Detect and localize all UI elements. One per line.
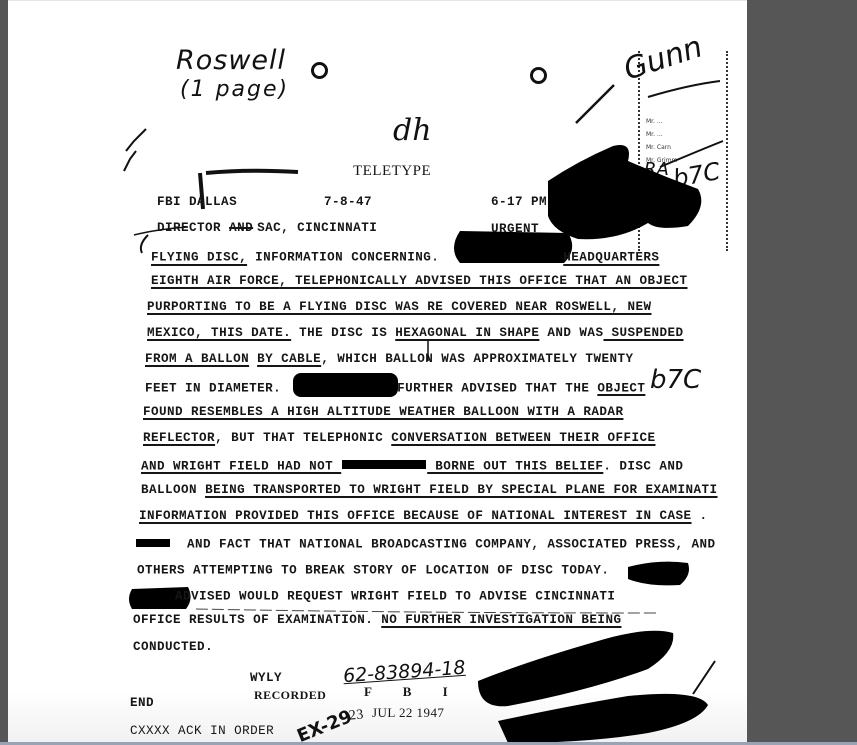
body-text: , WHICH BALLON WAS APPROXIMATELY TWENTY	[321, 352, 633, 366]
body-line: FROM A BALLON BY CABLE, WHICH BALLON WAS…	[145, 352, 633, 366]
body-text: AND FACT THAT NATIONAL BROADCASTING COMP…	[179, 538, 716, 552]
body-text: EIGHTH AIR FORCE	[151, 274, 279, 288]
body-text: , TELEPHONICALLY ADVISED THIS OFFICE THA…	[279, 274, 687, 288]
body-text: SUSPENDED	[603, 326, 683, 340]
body-line: AND WRIGHT FIELD HAD NOT BORNE OUT THIS …	[141, 457, 683, 474]
date-stamp: JUL 22 1947	[372, 705, 444, 721]
body-text: INFORMATION PROVIDED THIS OFFICE BECAUSE…	[139, 509, 692, 523]
body-text: FLYING DISC,	[151, 251, 247, 265]
body-line: CONDUCTED.	[133, 640, 213, 654]
body-text: CONDUCTED.	[133, 640, 213, 654]
body-line: AND FACT THAT NATIONAL BROADCASTING COMP…	[139, 535, 716, 552]
body-line: FOUND RESEMBLES A HIGH ALTITUDE WEATHER …	[143, 405, 623, 419]
redacted-text	[289, 379, 389, 392]
body-line: ADVISED WOULD REQUEST WRIGHT FIELD TO AD…	[135, 587, 615, 604]
redaction-block	[548, 145, 701, 239]
body-text: FEET IN DIAMETER.	[145, 381, 289, 395]
body-text: FOUND RESEMBLES A HIGH ALTITUDE WEATHER …	[143, 405, 623, 419]
body-line: EIGHTH AIR FORCE, TELEPHONICALLY ADVISED…	[151, 274, 688, 288]
body-text: , BUT THAT TELEPHONIC	[215, 431, 391, 445]
header-priority: URGENT	[491, 222, 539, 236]
document-viewer: Roswell (1 page) dh TELETYPE Mr. ... Mr.…	[0, 0, 857, 745]
body-text: BORNE OUT THIS BELIEF	[427, 459, 603, 473]
body-line: INFORMATION PROVIDED THIS OFFICE BECAUSE…	[139, 509, 708, 523]
header-from: FBI DALLAS	[157, 195, 237, 209]
footer-end: END	[130, 696, 154, 710]
body-text: HEADQUARTERS	[563, 251, 659, 265]
body-text: AND WRIGHT FIELD HAD NOT	[141, 459, 341, 473]
redacted-text	[447, 248, 563, 261]
body-text: ADVISED WOULD REQUEST WRIGHT FIELD TO AD…	[175, 590, 615, 604]
body-line: OTHERS ATTEMPTING TO BREAK STORY OF LOCA…	[137, 561, 657, 578]
body-text: PURPORTING TO BE A FLYING DISC WAS RE CO…	[147, 300, 651, 314]
redacted-text	[341, 457, 427, 470]
redacted-text	[617, 561, 657, 574]
body-text: AND WAS	[539, 326, 603, 340]
handwritten-code-margin: b7C	[650, 365, 701, 395]
body-text: FURTHER ADVISED THAT THE	[389, 381, 597, 395]
header-to: DIRECTORANDSAC, CINCINNATI	[157, 221, 377, 235]
footer-signoff: WYLY	[250, 671, 282, 685]
file-initials: F B I	[364, 684, 462, 700]
date-stamp-day: 23	[348, 707, 364, 724]
header-to-suffix: SAC, CINCINNATI	[257, 221, 377, 235]
body-text: BALLOON	[141, 483, 205, 497]
body-line: BALLOON BEING TRANSPORTED TO WRIGHT FIEL…	[141, 483, 718, 497]
body-line: OFFICE RESULTS OF EXAMINATION. NO FURTHE…	[133, 613, 621, 627]
redaction-marks	[8, 1, 747, 743]
body-text: .	[692, 509, 708, 523]
body-text: INFORMATION CONCERNING.	[247, 251, 447, 265]
body-text: BEING TRANSPORTED TO WRIGHT FIELD BY SPE…	[205, 483, 717, 497]
body-text: OBJECT	[597, 381, 645, 395]
recorded-stamp: RECORDED	[254, 688, 326, 703]
body-line: REFLECTOR, BUT THAT TELEPHONIC CONVERSAT…	[143, 431, 656, 445]
body-text: NO FURTHER INVESTIGATION BEING	[381, 613, 621, 627]
body-text: FROM A BALLON	[145, 352, 249, 366]
body-text: OFFICE RESULTS OF EXAMINATION.	[133, 613, 381, 627]
body-text: HEXAGONAL IN SHAPE	[395, 326, 539, 340]
body-line: PURPORTING TO BE A FLYING DISC WAS RE CO…	[147, 300, 651, 314]
redacted-text	[135, 587, 175, 600]
document-page: Roswell (1 page) dh TELETYPE Mr. ... Mr.…	[8, 0, 747, 743]
body-line: FEET IN DIAMETER. FURTHER ADVISED THAT T…	[145, 379, 645, 396]
header-time: 6-17 PM	[491, 195, 547, 209]
body-text: MEXICO, THIS DATE.	[147, 326, 291, 340]
body-text: . DISC AND	[603, 459, 683, 473]
header-to-prefix: DIRECTOR	[157, 221, 221, 235]
header-to-struck: AND	[229, 221, 253, 235]
body-text: BY CABLE	[257, 352, 321, 366]
body-text: CONVERSATION BETWEEN THEIR OFFICE	[391, 431, 655, 445]
header-date: 7-8-47	[324, 195, 372, 209]
footer-ack: CXXXX ACK IN ORDER	[130, 724, 274, 738]
body-line: MEXICO, THIS DATE. THE DISC IS HEXAGONAL…	[147, 326, 684, 340]
body-text: REFLECTOR	[143, 431, 215, 445]
body-text: THE DISC IS	[291, 326, 395, 340]
redacted-text	[139, 535, 179, 548]
body-line: FLYING DISC, INFORMATION CONCERNING. HEA…	[151, 248, 659, 265]
body-text	[249, 352, 257, 366]
body-text: OTHERS ATTEMPTING TO BREAK STORY OF LOCA…	[137, 564, 617, 578]
